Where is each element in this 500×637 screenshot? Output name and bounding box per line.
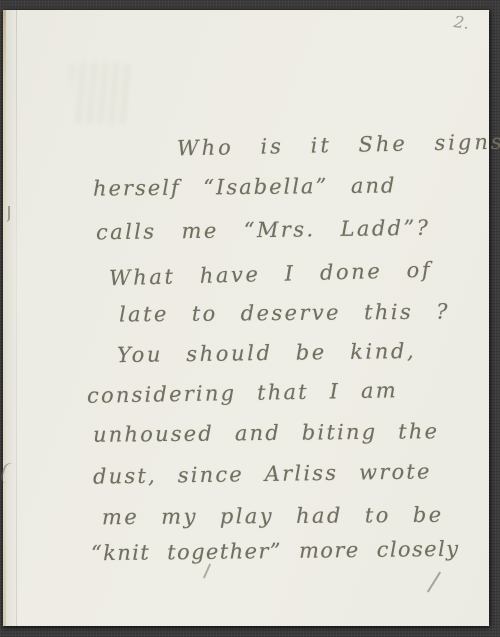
page-gutter-shade [6, 10, 16, 626]
handwritten-line: me my play had to be [102, 503, 444, 529]
handwritten-line: calls me “Mrs. Ladd”? [96, 216, 431, 245]
handwritten-line: Who is it She signs [177, 130, 500, 161]
scan-background: 2. Who is it She signs herself “Isabella… [0, 0, 500, 637]
handwritten-line: What have I done of [109, 258, 433, 290]
handwritten-line: You should be kind, [117, 339, 417, 367]
page-crease [16, 10, 17, 626]
handwritten-line: “knit together” more closely [91, 537, 460, 565]
handwritten-line: unhoused and biting the [93, 419, 439, 447]
handwritten-line: late to deserve this ? [119, 300, 450, 327]
handwritten-line: considering that I am [87, 378, 398, 407]
ink-showthrough-smudge [71, 62, 129, 124]
handwritten-line: herself “Isabella” and [93, 173, 397, 200]
stray-ink-mark [3, 206, 10, 222]
handwritten-line: dust, since Arliss wrote [93, 459, 432, 488]
stray-ink-mark [427, 571, 441, 592]
stray-ink-mark [203, 563, 211, 578]
page-number: 2. [452, 12, 470, 33]
letter-page: 2. Who is it She signs herself “Isabella… [3, 10, 489, 626]
